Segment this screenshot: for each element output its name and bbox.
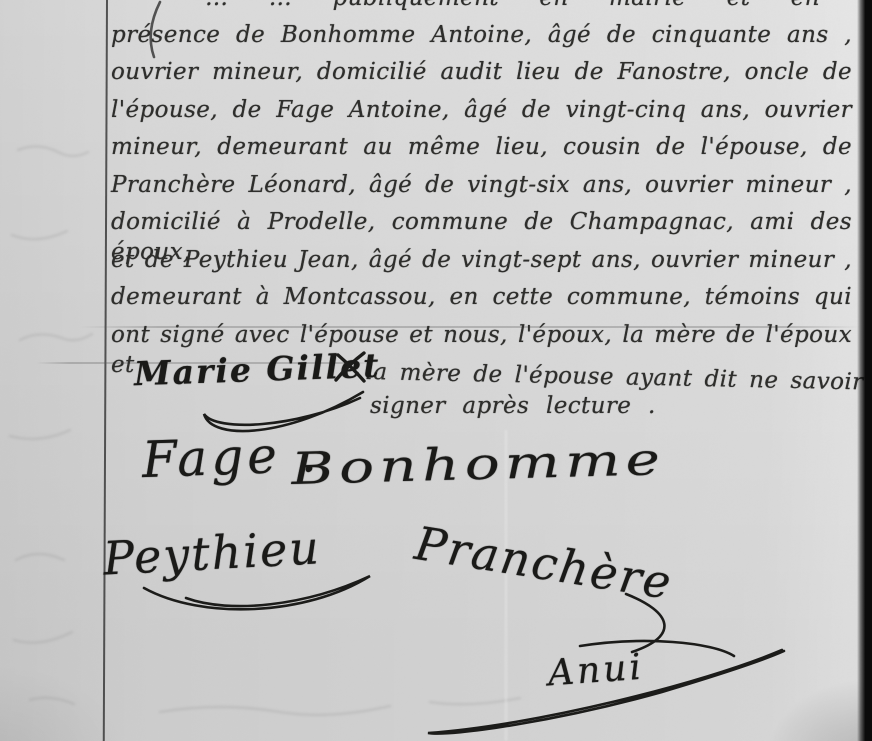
text-line: demeurant à Montcassou, en cette commune… xyxy=(111,282,852,318)
signature-officiant: Anui xyxy=(547,647,646,695)
text-line-partial-top: … … publiquement en mairie et en xyxy=(205,0,820,19)
text-line: l'épouse, de Fage Antoine, âgé de vingt-… xyxy=(111,95,852,131)
register-page-scan: … … publiquement en mairie et en présenc… xyxy=(0,0,872,741)
text-line: domicilié à Prodelle, commune de Champag… xyxy=(111,207,852,243)
text-line: Pranchère Léonard, âgé de vingt-six ans,… xyxy=(111,170,852,206)
text-line: et de Peythieu Jean, âgé de vingt-sept a… xyxy=(111,245,852,281)
signature-pranchere: Pranchère xyxy=(411,516,676,610)
text-line-closing-last: signer après lecture . xyxy=(370,393,656,419)
margin-rule-line xyxy=(103,0,108,741)
text-line: ouvrier mineur, domicilié audit lieu de … xyxy=(111,57,852,93)
signature-peythieu: Peythieu xyxy=(102,520,322,585)
book-binding-shadow xyxy=(857,0,872,741)
text-line: mineur, demeurant au même lieu, cousin d… xyxy=(111,132,852,168)
signature-marie-gillet: Marie Gillet xyxy=(133,346,381,394)
text-line: présence de Bonhomme Antoine, âgé de cin… xyxy=(111,20,852,56)
signature-bonhomme: Bonhomme xyxy=(290,434,666,495)
